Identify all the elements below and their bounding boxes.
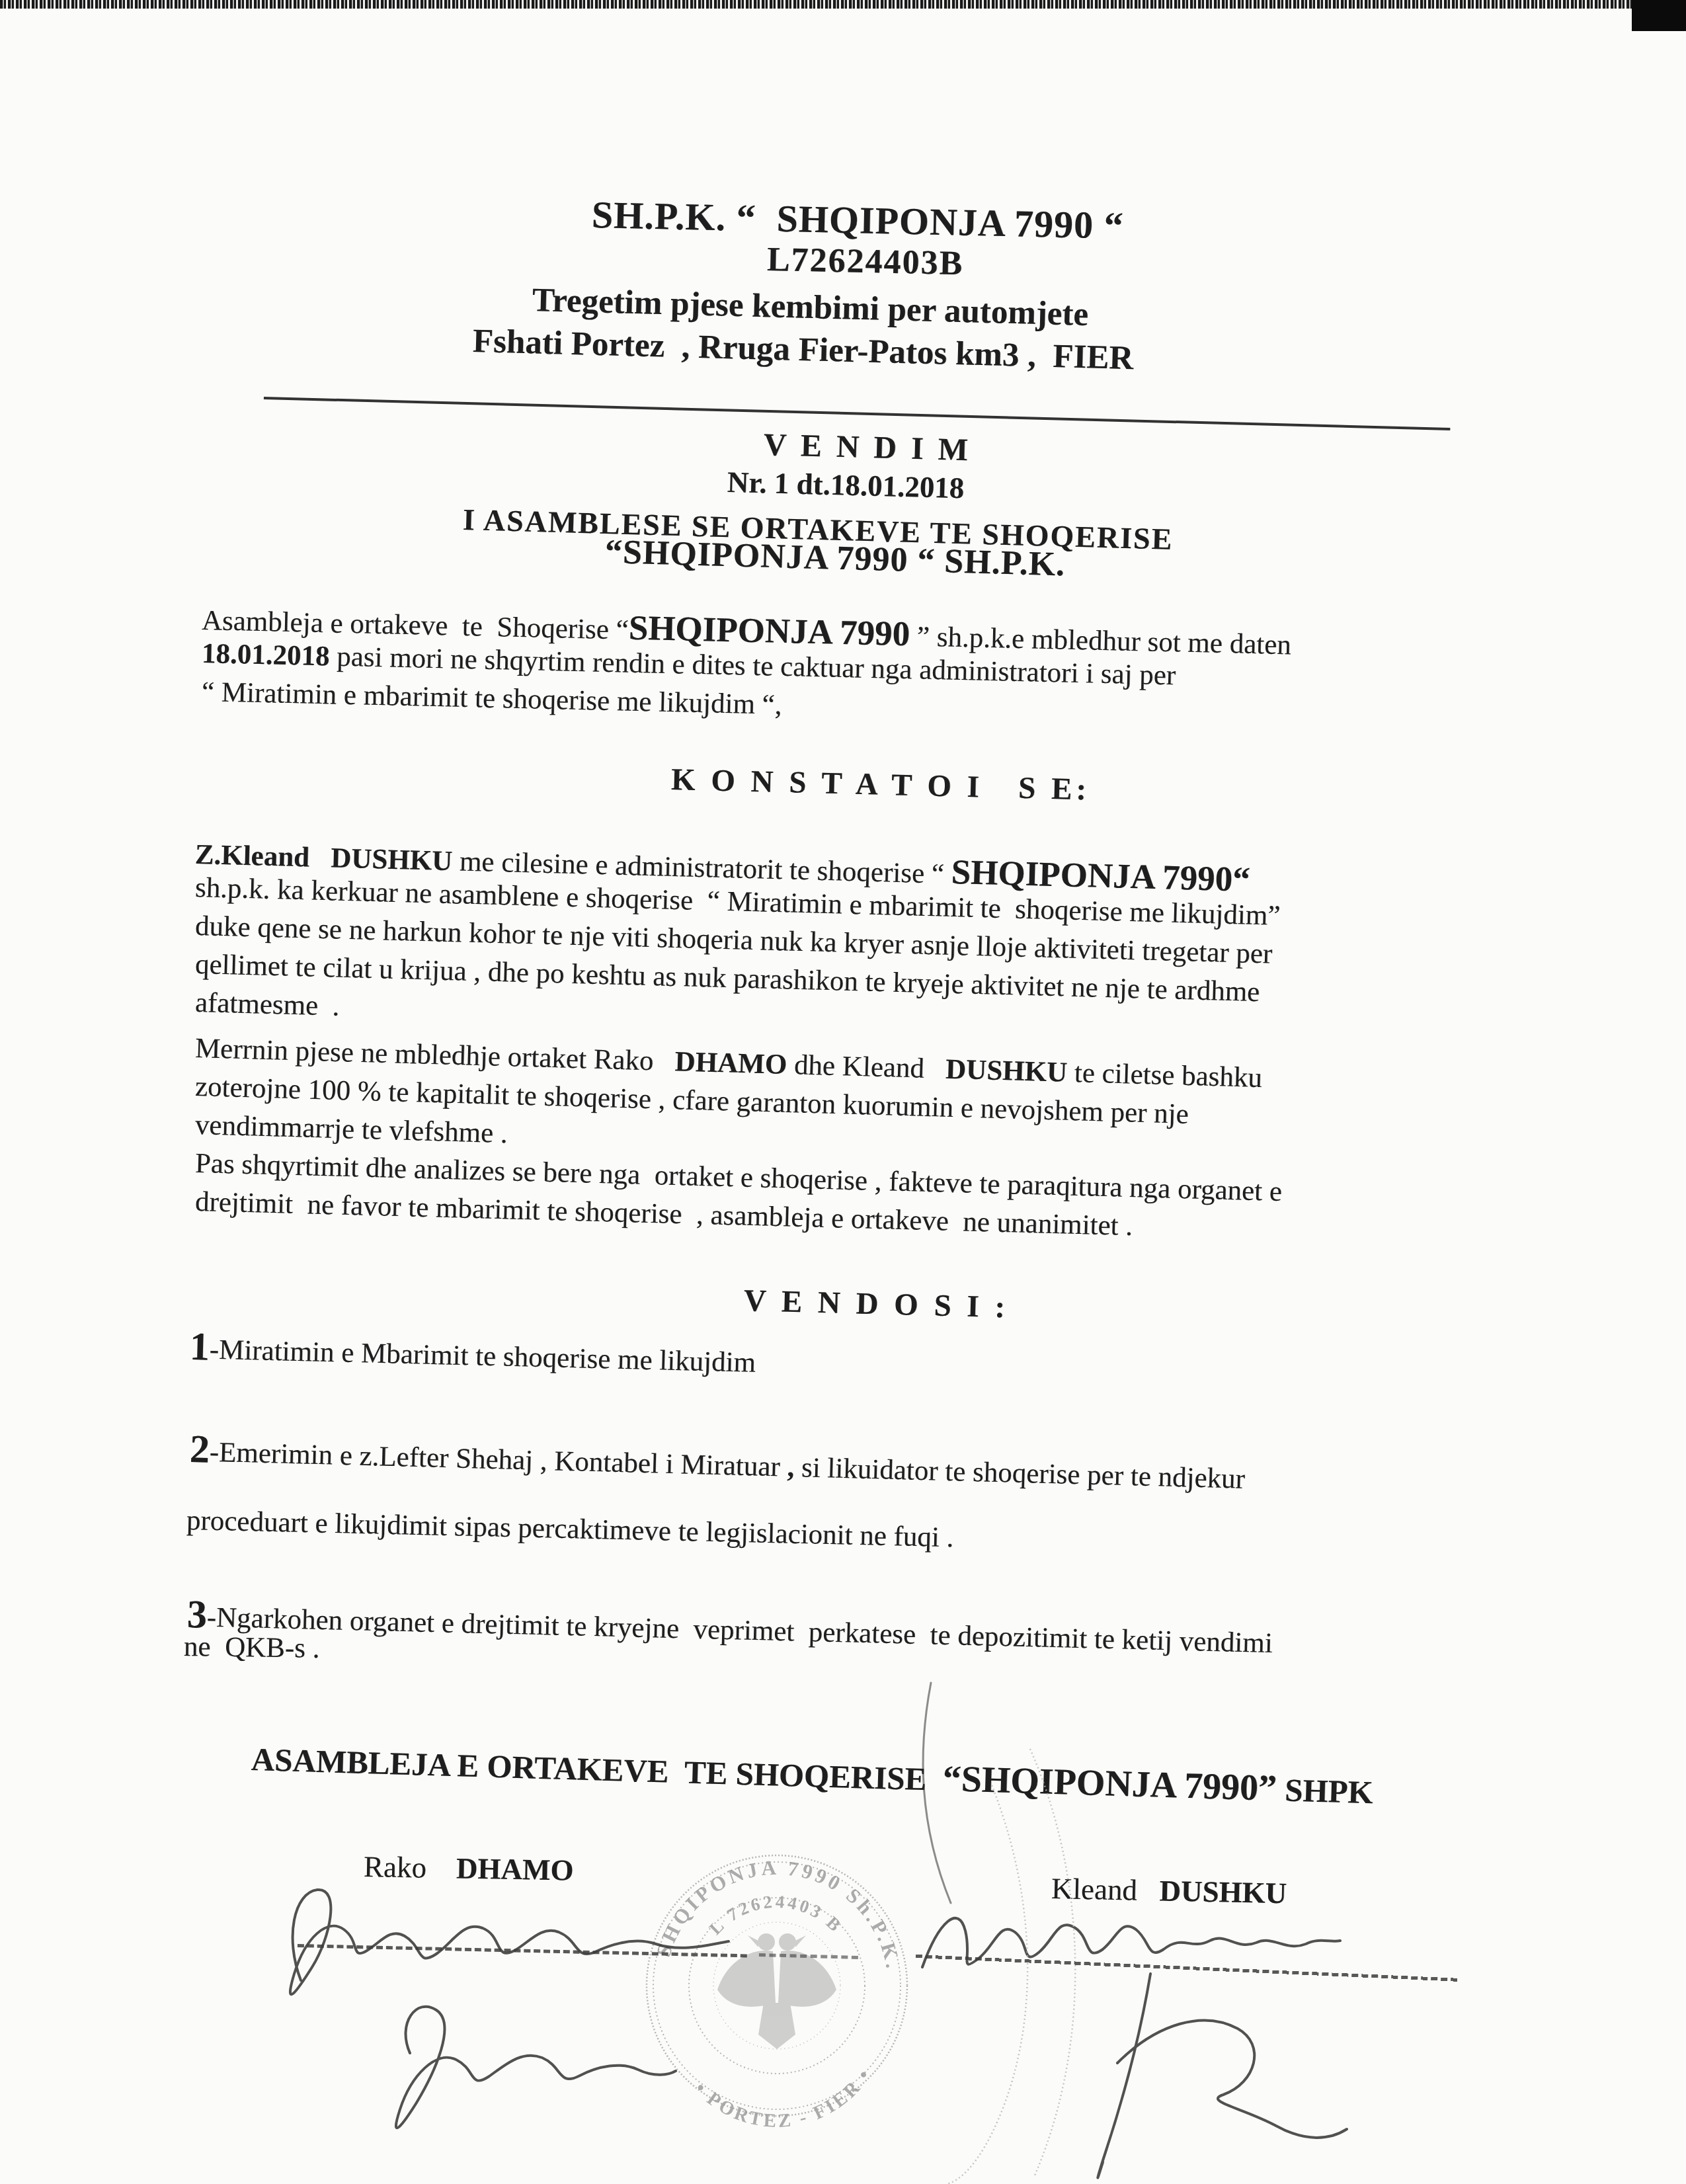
para2-line5: afatmesme . — [194, 988, 340, 1022]
stamp-inner-text: L 72624403 B — [705, 1892, 847, 1939]
konstatoi-heading: K O N S T A T O I S E: — [670, 764, 1090, 807]
text-segment: DHAMO — [674, 1046, 787, 1080]
text-segment: 2 — [189, 1427, 210, 1471]
text-segment: DUSHKU — [1159, 1874, 1287, 1910]
text-segment: 18.01.2018 — [201, 638, 330, 672]
text-segment: L72624403B — [766, 241, 964, 282]
text-segment: -Emerimin e z.Lefter Shehaj , Kontabel i… — [209, 1437, 787, 1483]
item3-line2: ne QKB-s . — [184, 1632, 320, 1664]
signature-line-right — [916, 1955, 1457, 1982]
stamp-inner-ring — [689, 1898, 865, 2074]
svg-text:• PORTEZ - FIER •: • PORTEZ - FIER • — [690, 2064, 876, 2132]
stamp-bottom-text: • PORTEZ - FIER • — [690, 2064, 876, 2132]
text-segment: dhe Kleand — [787, 1049, 946, 1085]
text-segment: “ Miratimin e mbarimit te shoqerise me l… — [201, 676, 782, 721]
text-segment: Rako — [364, 1850, 457, 1884]
stamp-eagle-icon — [717, 1933, 836, 2049]
scanned-document-page: SH.P.K. “ SHQIPONJA 7990 “L72624403BTreg… — [0, 0, 1686, 2184]
text-segment: SHPK — [1276, 1771, 1373, 1810]
text-segment: ne QKB-s . — [184, 1631, 320, 1664]
decision-number: Nr. 1 dt.18.01.2018 — [727, 467, 964, 505]
text-segment: SHQIPONJA 7990 — [628, 609, 910, 654]
closing-line: ASAMBLEJA E ORTAKEVE TE SHOQERISE “SHQIP… — [251, 1739, 1373, 1811]
text-segment: Kleand — [1051, 1872, 1160, 1907]
company-activity: Tregetim pjese kembimi per automjete — [532, 283, 1088, 333]
text-segment: vendimmarrje te vlefshme . — [194, 1110, 508, 1149]
signature-line-left-cont — [759, 1953, 858, 1959]
signer-left-name: Rako DHAMO — [364, 1851, 574, 1886]
svg-text:L 72624403 B: L 72624403 B — [705, 1892, 847, 1939]
signature-rako-dhamo — [290, 1890, 729, 1994]
text-segment: Z.Kleand DUSHKU — [194, 839, 453, 877]
text-segment: SH.P.K. “ SHQIPONJA 7990 “ — [591, 193, 1124, 247]
text-segment: SHQIPONJA 7990“ — [951, 853, 1250, 899]
stamp-core-ring — [713, 1922, 840, 2049]
header-separator-line — [264, 397, 1450, 430]
company-address: Fshati Portez , Rruga Fier-Patos km3 , F… — [472, 324, 1134, 377]
signer-right-name: Kleand DUSHKU — [1051, 1873, 1287, 1910]
stamp-outer-ring-2 — [653, 1862, 901, 2109]
company-nipt: L72624403B — [766, 242, 963, 282]
signature-rako-flourish — [396, 2007, 676, 2128]
text-segment: afatmesme . — [194, 987, 340, 1022]
signature-line-left — [298, 1944, 747, 1957]
item3-line1: 3-Ngarkohen organet e drejtimit te kryej… — [186, 1592, 1273, 1660]
text-segment: V E N D I M — [763, 427, 971, 467]
item2-line1: 2-Emerimin e z.Lefter Shehaj , Kontabel … — [189, 1427, 1246, 1496]
text-segment: ASAMBLEJA E ORTAKEVE TE SHOQERISE — [251, 1741, 943, 1798]
text-segment: 1 — [189, 1324, 210, 1369]
text-segment: “SHQIPONJA 7990” — [942, 1758, 1277, 1809]
text-segment: DHAMO — [456, 1851, 574, 1886]
text-segment: Tregetim pjese kembimi per automjete — [532, 282, 1088, 333]
signature-kleand-flourish — [1098, 1974, 1150, 2178]
company-stamp: SHQIPONJA 7990 Sh.P.K. L 72624403 B • PO… — [627, 1836, 926, 2135]
text-segment: 3 — [186, 1592, 208, 1637]
item1: 1-Miratimin e Mbarimit te shoqerise me l… — [189, 1324, 756, 1380]
text-segment: V E N D O S I : — [743, 1283, 1009, 1324]
text-segment: te ciletse bashku — [1066, 1057, 1262, 1094]
vendosi-heading: V E N D O S I : — [743, 1285, 1009, 1324]
text-segment: K O N S T A T O I S E: — [670, 762, 1090, 807]
stamp-outer-ring — [647, 1855, 907, 2116]
para3-line3: vendimmarrje te vlefshme . — [194, 1110, 508, 1149]
stamp-ghost-arc — [947, 1785, 1027, 2184]
text-segment: -Miratimin e Mbarimit te shoqerise me li… — [209, 1334, 756, 1379]
text-segment: proceduart e likujdimit sipas percaktime… — [186, 1505, 953, 1553]
text-segment: Nr. 1 dt.18.01.2018 — [727, 465, 965, 505]
company-name-line: SH.P.K. “ SHQIPONJA 7990 “ — [591, 195, 1124, 247]
text-segment: -Ngarkohen organet e drejtimit te kryejn… — [206, 1602, 1273, 1659]
item2-line2: proceduart e likujdimit sipas percaktime… — [186, 1506, 953, 1553]
decision-title: V E N D I M — [763, 428, 971, 467]
text-segment: Merrnin pjese ne mbledhje ortaket Rako — [194, 1033, 675, 1077]
text-segment: DUSHKU — [945, 1054, 1068, 1088]
text-segment: si likuidator te shoqerise per te ndjeku… — [794, 1452, 1246, 1495]
scan-corner-artifact — [1632, 0, 1686, 31]
para1-line3: “ Miratimin e mbarimit te shoqerise me l… — [201, 677, 782, 720]
signature-kleand-flourish-2 — [1117, 2021, 1347, 2138]
scan-noise-strip — [0, 0, 1686, 9]
